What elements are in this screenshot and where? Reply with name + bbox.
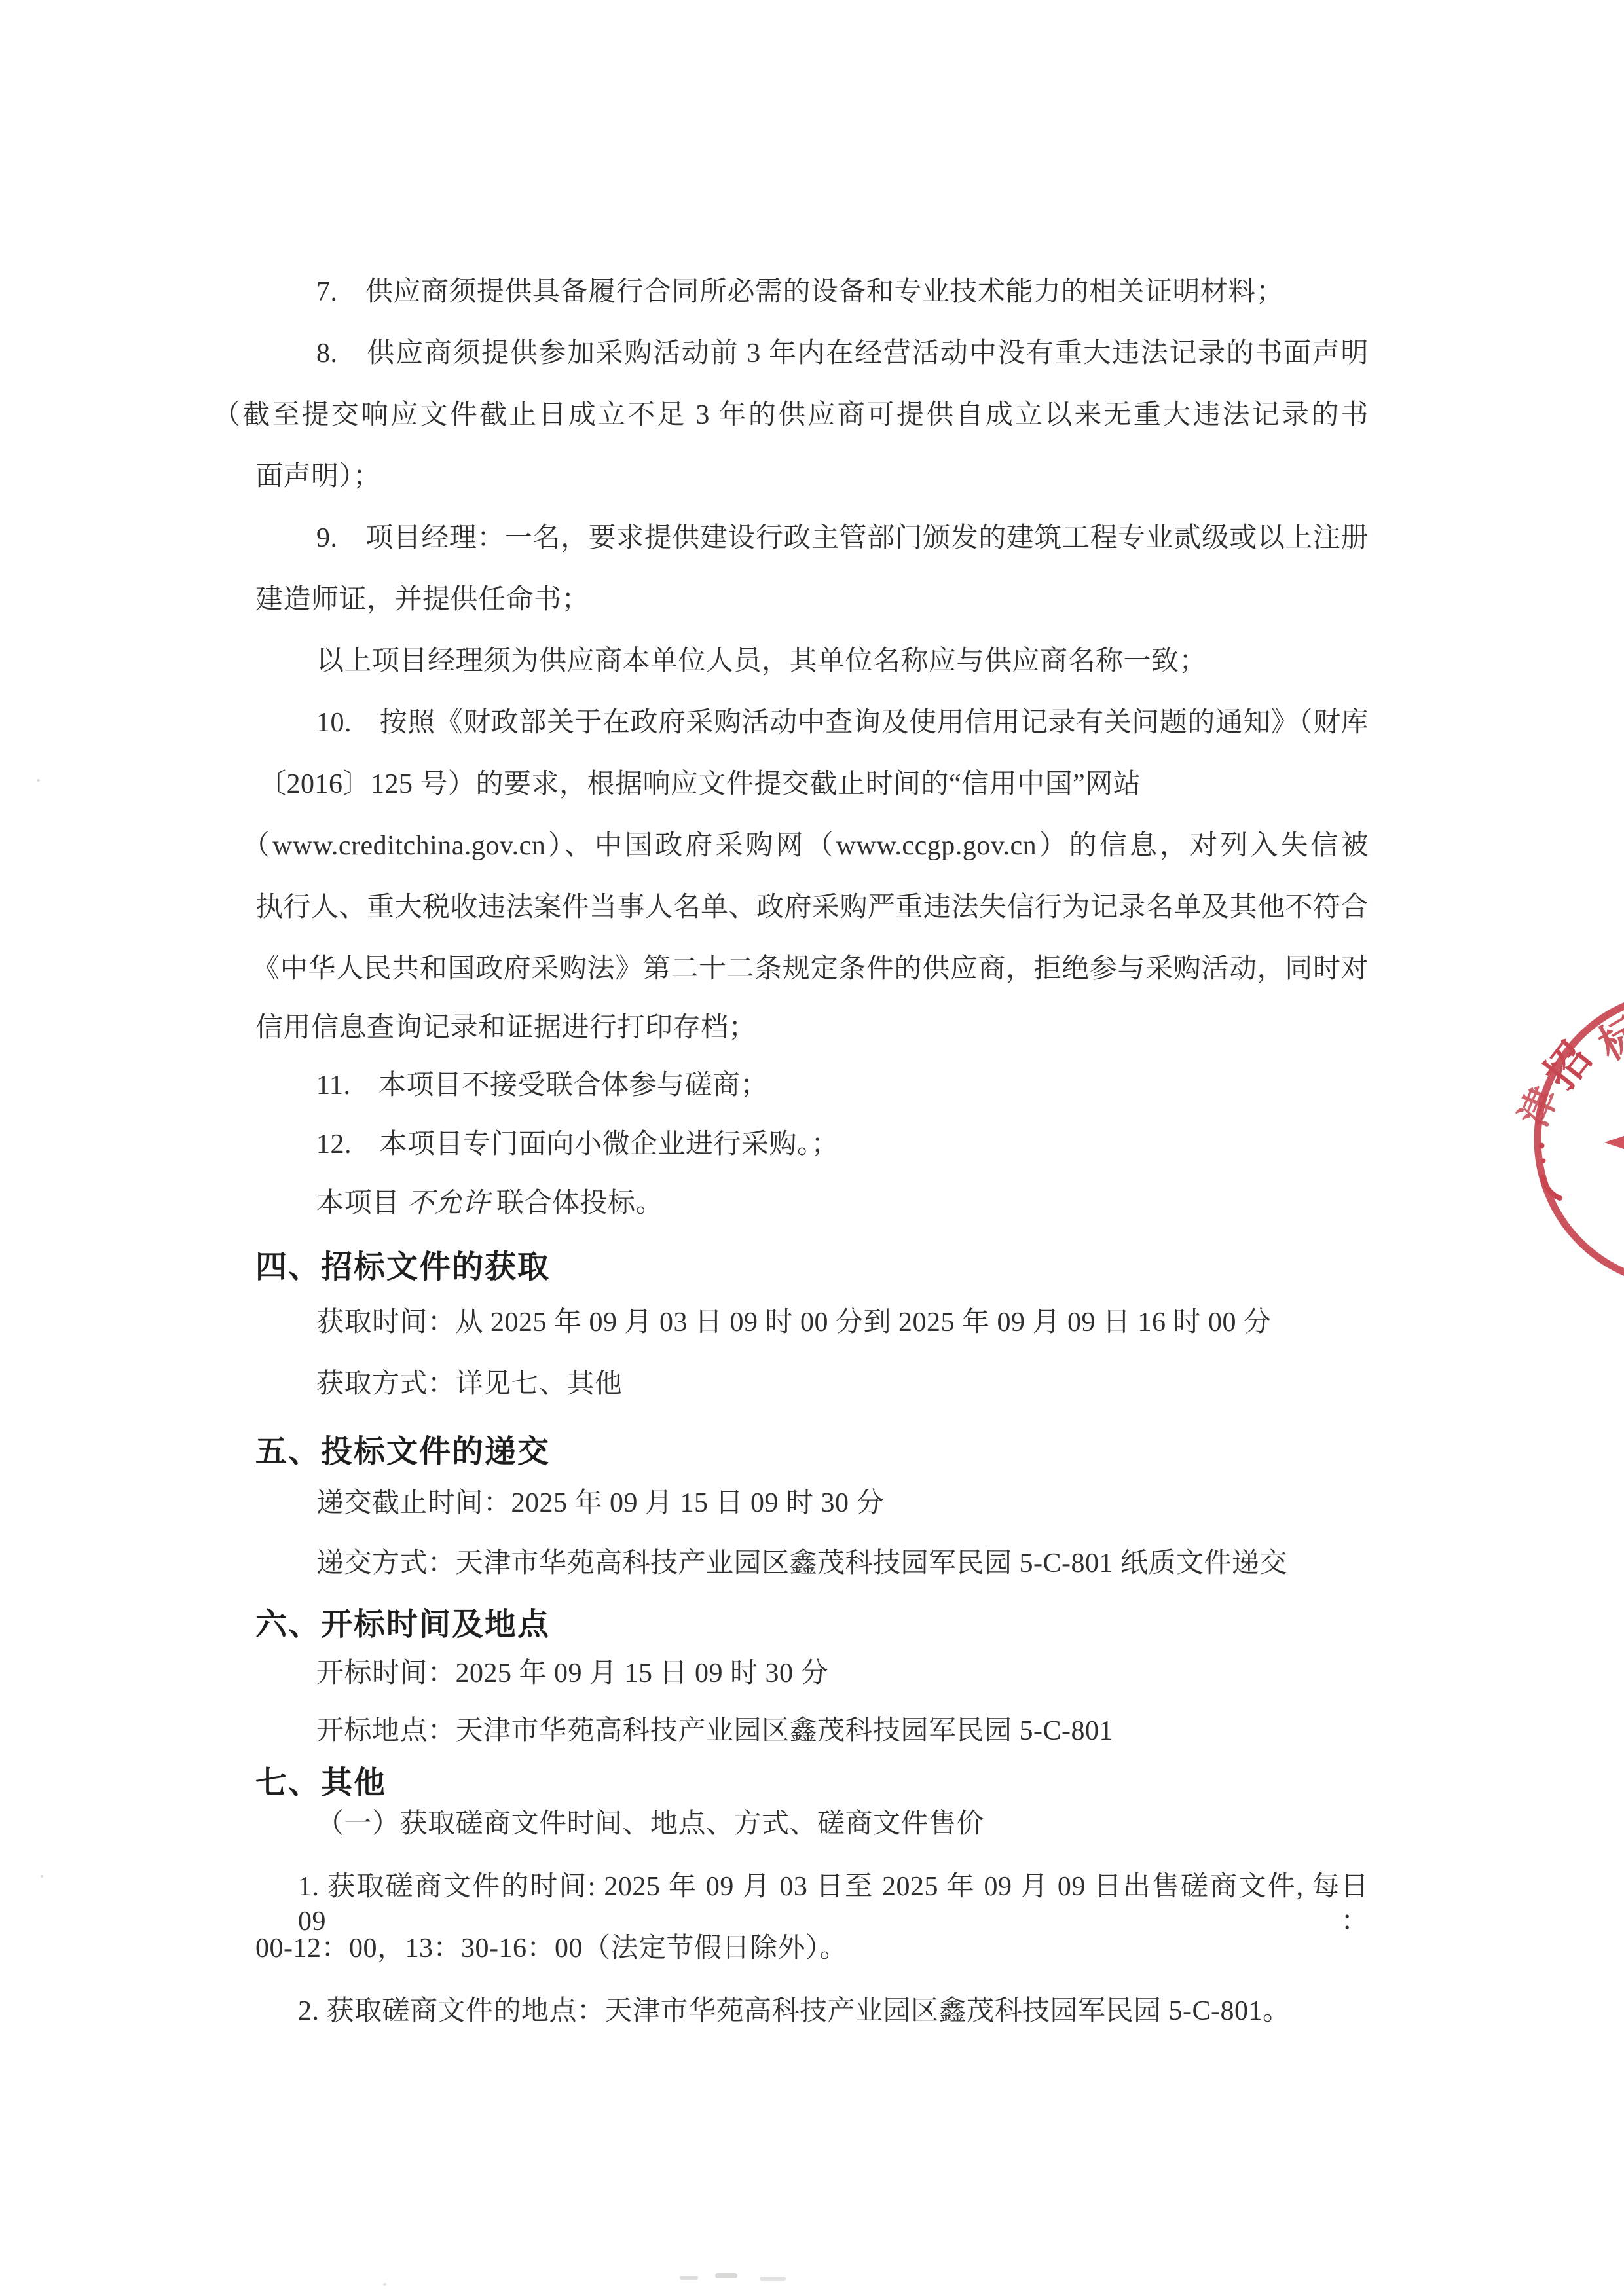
paragraph-item10-line1: 10. 按照《财政部关于在政府采购活动中查询及使用信用记录有关问题的通知》（财库 [316, 706, 1369, 740]
section-heading-7-others: 七、其他 [255, 1757, 386, 1802]
stamp-char-main: 招 [1535, 1034, 1600, 1098]
scan-speck [383, 2283, 386, 2286]
paragraph-item8-line2: （截至提交响应文件截止日成立不足 3 年的供应商可提供自成立以来无重大违法记录的… [213, 398, 1369, 433]
line-obtain-method: 获取方式：详见七、其他 [316, 1367, 623, 1402]
stamp-char-after: 标 [1591, 1007, 1624, 1069]
paragraph-item10-line2: 〔2016〕125 号）的要求，根据响应文件提交截止时间的“信用中国”网站 [259, 767, 1141, 802]
line-submission-method: 递交方式：天津市华苑高科技产业园区鑫茂科技园军民园 5-C-801 纸质文件递交 [316, 1546, 1287, 1581]
line-sec7-subtitle: （一）获取磋商文件时间、地点、方式、磋商文件售价 [316, 1807, 984, 1842]
paragraph-item10-line5: 《中华人民共和国政府采购法》第二十二条规定条件的供应商，拒绝参与采购活动，同时对 [252, 952, 1369, 987]
scan-speck [41, 1875, 43, 1878]
paragraph-item9-note: 以上项目经理须为供应商本单位人员，其单位名称应与供应商名称一致； [316, 644, 1207, 679]
paragraph-item9-line2: 建造师证，并提供任命书； [255, 583, 589, 617]
red-official-stamp: 招 津 标 [1493, 949, 1624, 1342]
scan-smudge [680, 2276, 698, 2280]
section-heading-4-document-obtain: 四、招标文件的获取 [255, 1241, 550, 1286]
paragraph-item10-line4: 执行人、重大税收违法案件当事人名单、政府采购严重违法失信行为记录名单及其他不符合 [255, 890, 1369, 925]
paragraph-item8-line3: 面声明）； [255, 460, 381, 494]
section-heading-6-bid-opening: 六、开标时间及地点 [255, 1599, 550, 1644]
stamp-char-before: 津 [1512, 1081, 1566, 1133]
stamp-star-icon [1604, 1059, 1624, 1227]
joint-note-emphasis: 不允许 [400, 1188, 497, 1218]
paragraph-item10-line6: 信用信息查询记录和证据进行打印存档； [255, 1011, 756, 1046]
line-opening-time: 开标时间：2025 年 09 月 15 日 09 时 30 分 [316, 1656, 828, 1691]
paragraph-item12: 12. 本项目专门面向小微企业进行采购。； [316, 1127, 839, 1162]
section-heading-5-bid-submission: 五、投标文件的递交 [255, 1426, 550, 1471]
paragraph-item11: 11. 本项目不接受联合体参与磋商； [316, 1068, 768, 1103]
scan-smudge [760, 2277, 786, 2281]
paragraph-item10-line3: （www.creditchina.gov.cn）、中国政府采购网（www.ccg… [242, 829, 1369, 864]
line-opening-place: 开标地点：天津市华苑高科技产业园区鑫茂科技园军民园 5-C-801 [316, 1714, 1113, 1749]
line-obtain-time: 获取时间：从 2025 年 09 月 03 日 09 时 00 分到 2025 … [316, 1305, 1272, 1340]
paragraph-item7: 7. 供应商须提供具备履行合同所必需的设备和专业技术能力的相关证明材料； [316, 275, 1284, 310]
joint-note-prefix: 本项目 [316, 1188, 400, 1218]
line-sec7-item2: 2. 获取磋商文件的地点：天津市华苑高科技产业园区鑫茂科技园军民园 5-C-80… [298, 1994, 1291, 2029]
line-submission-deadline: 递交截止时间：2025 年 09 月 15 日 09 时 30 分 [316, 1486, 884, 1521]
paragraph-item8-line1: 8. 供应商须提供参加采购活动前 3 年内在经营活动中没有重大违法记录的书面声明 [316, 337, 1369, 371]
paragraph-joint-bid-note: 本项目不允许联合体投标。 [316, 1186, 663, 1221]
scan-smudge [715, 2273, 737, 2278]
scanned-document-page: 7. 供应商须提供具备履行合同所必需的设备和专业技术能力的相关证明材料； 8. … [0, 0, 1624, 2296]
stamp-circle-star-icon: 招 津 标 [1493, 949, 1624, 1342]
line-sec7-item1-line1: 1. 获取磋商文件的时间: 2025 年 09 月 03 日至 2025 年 0… [298, 1870, 1369, 1939]
scan-speck [37, 779, 40, 782]
joint-note-suffix: 联合体投标。 [496, 1188, 663, 1218]
paragraph-item9-line1: 9. 项目经理：一名，要求提供建设行政主管部门颁发的建筑工程专业贰级或以上注册 [316, 521, 1369, 556]
line-sec7-item1-line2: 00-12：00，13：30-16：00（法定节假日除外）。 [255, 1931, 847, 1966]
